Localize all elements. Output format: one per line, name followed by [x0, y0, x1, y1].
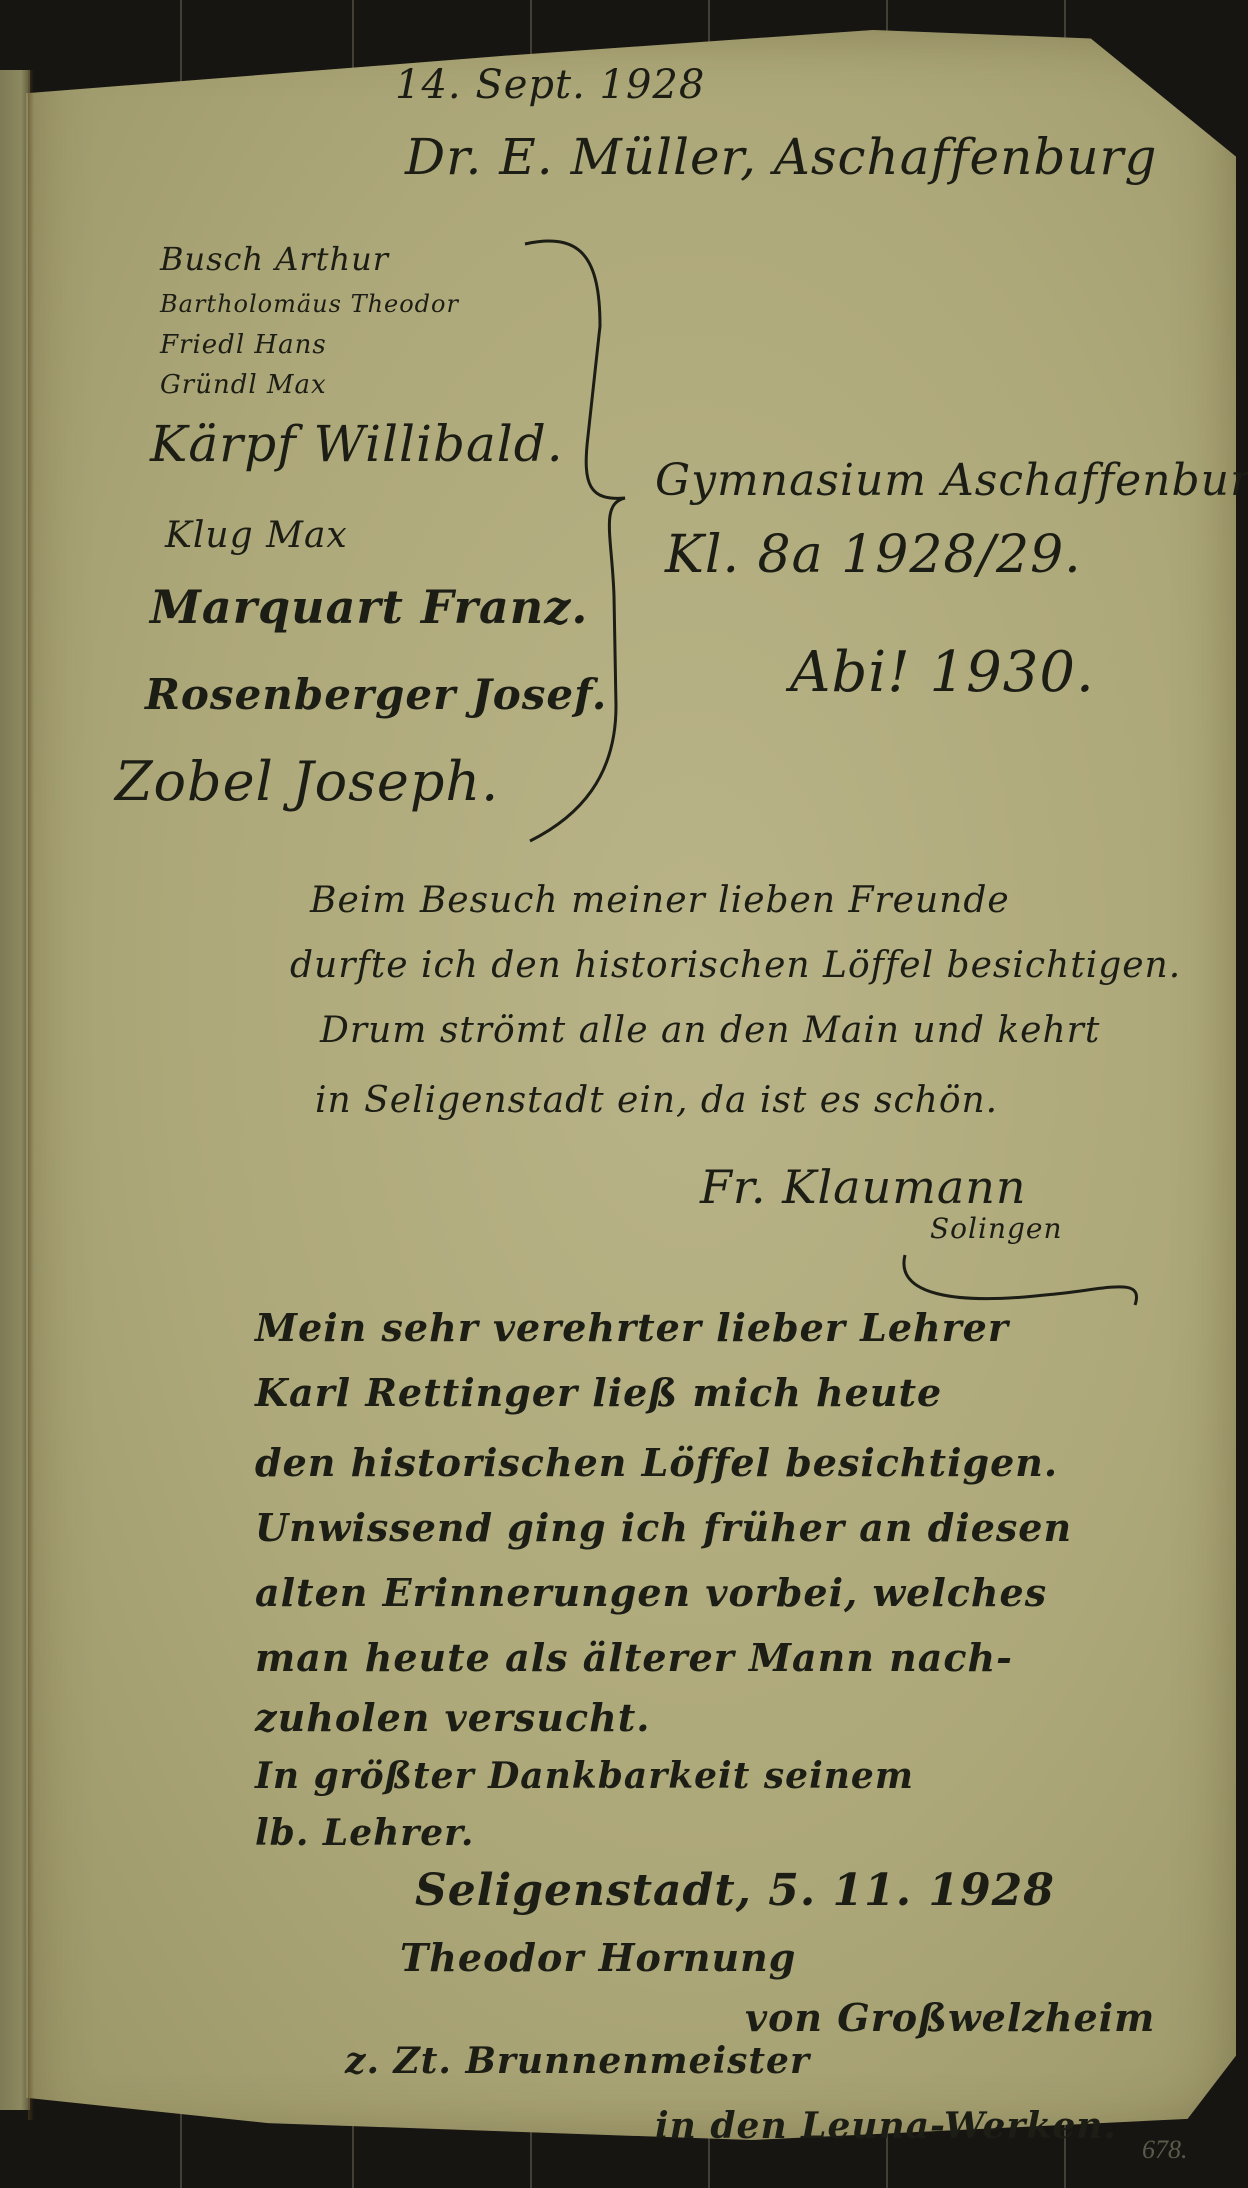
- entry-1-date: 14. Sept. 1928: [395, 62, 705, 108]
- entry-4-origin: von Großwelzheim: [745, 1995, 1155, 2040]
- page-gutter-shadow: [28, 70, 34, 2120]
- page-number: 678.: [1142, 2135, 1188, 2165]
- entry-line: zuholen versucht.: [255, 1695, 651, 1740]
- entry-4-occupation: z. Zt. Brunnenmeister: [345, 2040, 810, 2082]
- previous-page-edge: [0, 70, 30, 2110]
- school-name: Gymnasium Aschaffenburg: [655, 455, 1248, 506]
- entry-line: durfte ich den historischen Löffel besic…: [290, 945, 1181, 986]
- entry-line: man heute als älterer Mann nach-: [255, 1635, 1013, 1680]
- student-name: Zobel Joseph.: [115, 750, 499, 813]
- scan-stage: 14. Sept. 1928 Dr. E. Müller, Aschaffenb…: [0, 0, 1248, 2188]
- entry-line: alten Erinnerungen vorbei, welches: [255, 1570, 1047, 1615]
- curly-brace-icon: [520, 236, 640, 846]
- entry-closing-line: lb. Lehrer.: [255, 1812, 474, 1854]
- entry-line: Mein sehr verehrter lieber Lehrer: [255, 1305, 1009, 1350]
- entry-line: in Seligenstadt ein, da ist es schön.: [315, 1080, 998, 1121]
- entry-closing-line: In größter Dankbarkeit seinem: [255, 1755, 914, 1797]
- entry-line: Drum strömt alle an den Main und kehrt: [320, 1010, 1100, 1051]
- entry-1-signature: Dr. E. Müller, Aschaffenburg: [405, 128, 1157, 186]
- student-name: Klug Max: [165, 515, 348, 556]
- student-name: Bartholomäus Theodor: [160, 290, 459, 318]
- student-name: Friedl Hans: [160, 330, 327, 360]
- entry-line: Karl Rettinger ließ mich heute: [255, 1370, 942, 1415]
- abitur-year: Abi! 1930.: [790, 640, 1095, 705]
- signature-flourish-icon: [895, 1235, 1155, 1315]
- entry-4-signature: Theodor Hornung: [400, 1935, 796, 1980]
- entry-4-workplace: in den Leuna-Werken.: [655, 2105, 1117, 2147]
- entry-3-signature: Fr. Klaumann: [700, 1160, 1027, 1214]
- class-year: Kl. 8a 1928/29.: [665, 525, 1082, 585]
- entry-4-place-date: Seligenstadt, 5. 11. 1928: [415, 1865, 1055, 1916]
- student-name: Busch Arthur: [160, 240, 389, 278]
- entry-line: den historischen Löffel besichtigen.: [255, 1440, 1058, 1485]
- entry-line: Beim Besuch meiner lieben Freunde: [310, 880, 1010, 921]
- entry-line: Unwissend ging ich früher an diesen: [255, 1505, 1072, 1550]
- student-name: Kärpf Willibald.: [150, 415, 564, 473]
- student-name: Gründl Max: [160, 370, 327, 400]
